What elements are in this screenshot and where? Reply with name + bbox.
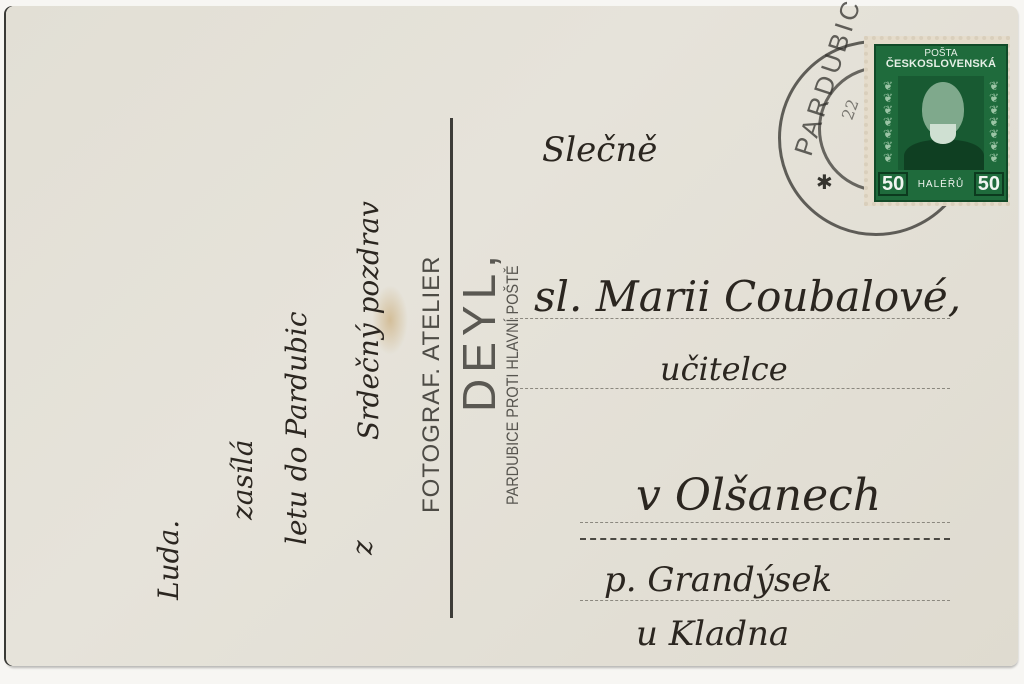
address-line-5 xyxy=(580,600,950,601)
address-town: v Olšanech xyxy=(636,470,881,521)
address-line-1 xyxy=(510,318,950,319)
stamp-value-row: 50 HALÉŘŮ 50 xyxy=(878,172,1004,196)
stamp-value-right: 50 xyxy=(974,172,1004,196)
laurel-left-icon: ❦❦❦❦❦❦❦ xyxy=(880,80,896,166)
address-line-3 xyxy=(580,522,950,523)
postmark-star-icon: ✱ xyxy=(816,170,833,194)
portrait-icon xyxy=(898,76,984,170)
address-recipient: sl. Marii Coubalové, xyxy=(534,272,961,321)
message-line-2: z xyxy=(346,540,379,555)
address-region: u Kladna xyxy=(636,614,789,654)
stamp-body: POŠTA ČESKOSLOVENSKÁ ❦❦❦❦❦❦❦ ❦❦❦❦❦❦❦ 50 … xyxy=(874,44,1008,202)
stamp-currency: HALÉŘŮ xyxy=(918,179,965,190)
postage-stamp: POŠTA ČESKOSLOVENSKÁ ❦❦❦❦❦❦❦ ❦❦❦❦❦❦❦ 50 … xyxy=(864,36,1010,206)
stamp-country-text: ČESKOSLOVENSKÁ xyxy=(876,59,1006,70)
address-post: p. Grandýsek xyxy=(604,560,832,600)
address-occupation: učitelce xyxy=(660,350,788,388)
message-line-1: Srdečný pozdrav xyxy=(352,201,385,440)
laurel-right-icon: ❦❦❦❦❦❦❦ xyxy=(986,80,1002,166)
address-line-4 xyxy=(580,538,950,540)
message-line-4: zasílá xyxy=(226,440,259,520)
address-line-2 xyxy=(510,388,950,389)
message-signature: Luda. xyxy=(152,520,185,600)
photographer-name-text: DEYL, xyxy=(452,249,506,412)
stamp-header: POŠTA ČESKOSLOVENSKÁ xyxy=(876,49,1006,70)
address-salutation: Slečně xyxy=(542,130,657,170)
photographer-atelier-text: FOTOGRAF. ATELIER xyxy=(418,256,446,514)
photographer-address-text: PARDUBICE PROTI HLAVNÍ POŠTĚ xyxy=(503,265,523,505)
message-line-3: letu do Pardubic xyxy=(280,311,313,545)
stamp-value-left: 50 xyxy=(878,172,908,196)
